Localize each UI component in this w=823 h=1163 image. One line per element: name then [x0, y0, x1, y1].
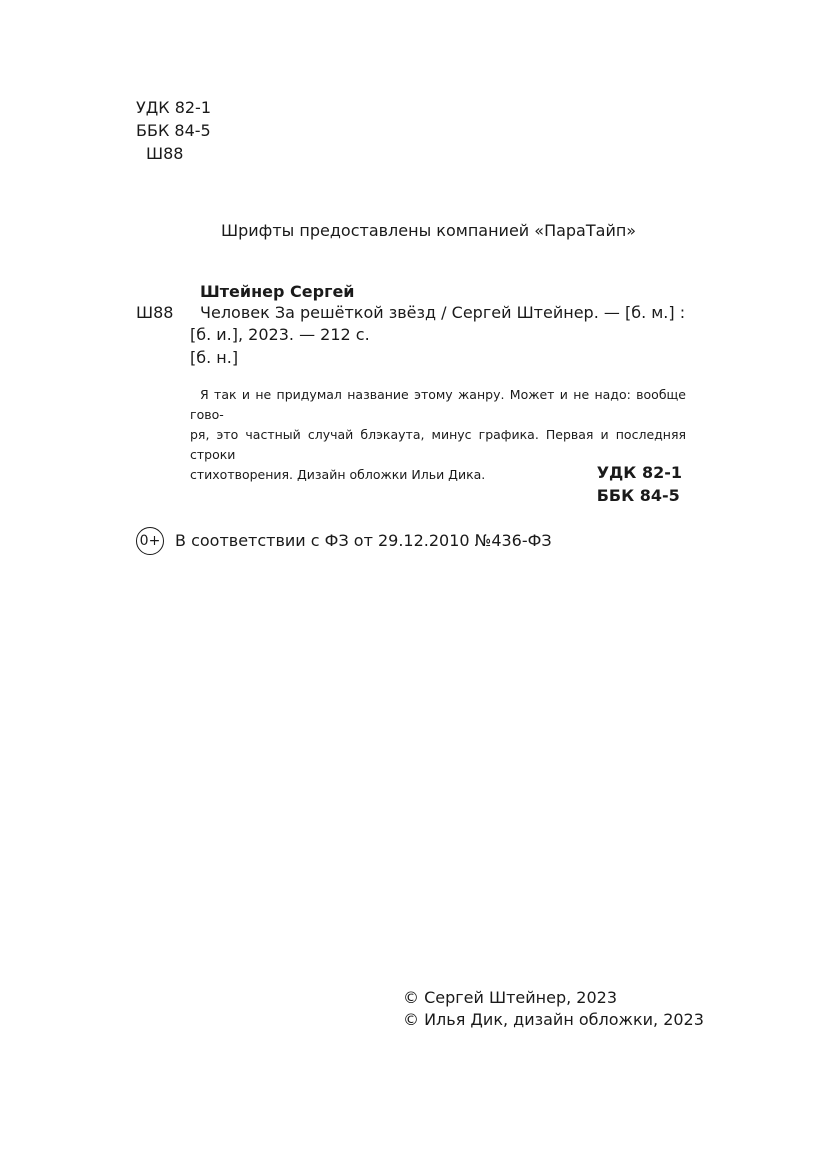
copyright-cover-design: © Илья Дик, дизайн обложки, 2023: [403, 1009, 704, 1031]
fonts-credit-note: Шрифты предоставлены компанией «ПараТайп…: [221, 220, 636, 242]
copyright-notices: © Сергей Штейнер, 2023 © Илья Дик, дизай…: [403, 987, 704, 1031]
catalog-title-line: Человек За решёткой звёзд / Сергей Штейн…: [200, 302, 685, 324]
catalog-publication-line: [б. и.], 2023. — 212 с.: [190, 324, 370, 346]
annotation-line: Я так и не придумал название этому жанру…: [190, 385, 686, 425]
catalog-classification-codes: УДК 82-1 ББК 84-5: [597, 461, 682, 507]
udk-code: УДК 82-1: [136, 96, 211, 119]
age-rating-badge: 0+: [136, 527, 164, 555]
catalog-udk-code: УДК 82-1: [597, 461, 682, 484]
author-mark: Ш88: [136, 142, 211, 165]
header-classification-codes: УДК 82-1 ББК 84-5 Ш88: [136, 96, 211, 165]
catalog-author: Штейнер Сергей: [200, 281, 355, 303]
copyright-author: © Сергей Штейнер, 2023: [403, 987, 704, 1009]
bbk-code: ББК 84-5: [136, 119, 211, 142]
age-rating-text: В соответствии с ФЗ от 29.12.2010 №436-Ф…: [175, 530, 552, 552]
annotation-line: ря, это частный случай блэкаута, минус г…: [190, 425, 686, 465]
catalog-bbk-code: ББК 84-5: [597, 484, 682, 507]
age-rating: 0+ В соответствии с ФЗ от 29.12.2010 №43…: [136, 527, 552, 555]
catalog-isbn-line: [б. н.]: [190, 347, 238, 369]
catalog-author-mark: Ш88: [136, 302, 173, 324]
